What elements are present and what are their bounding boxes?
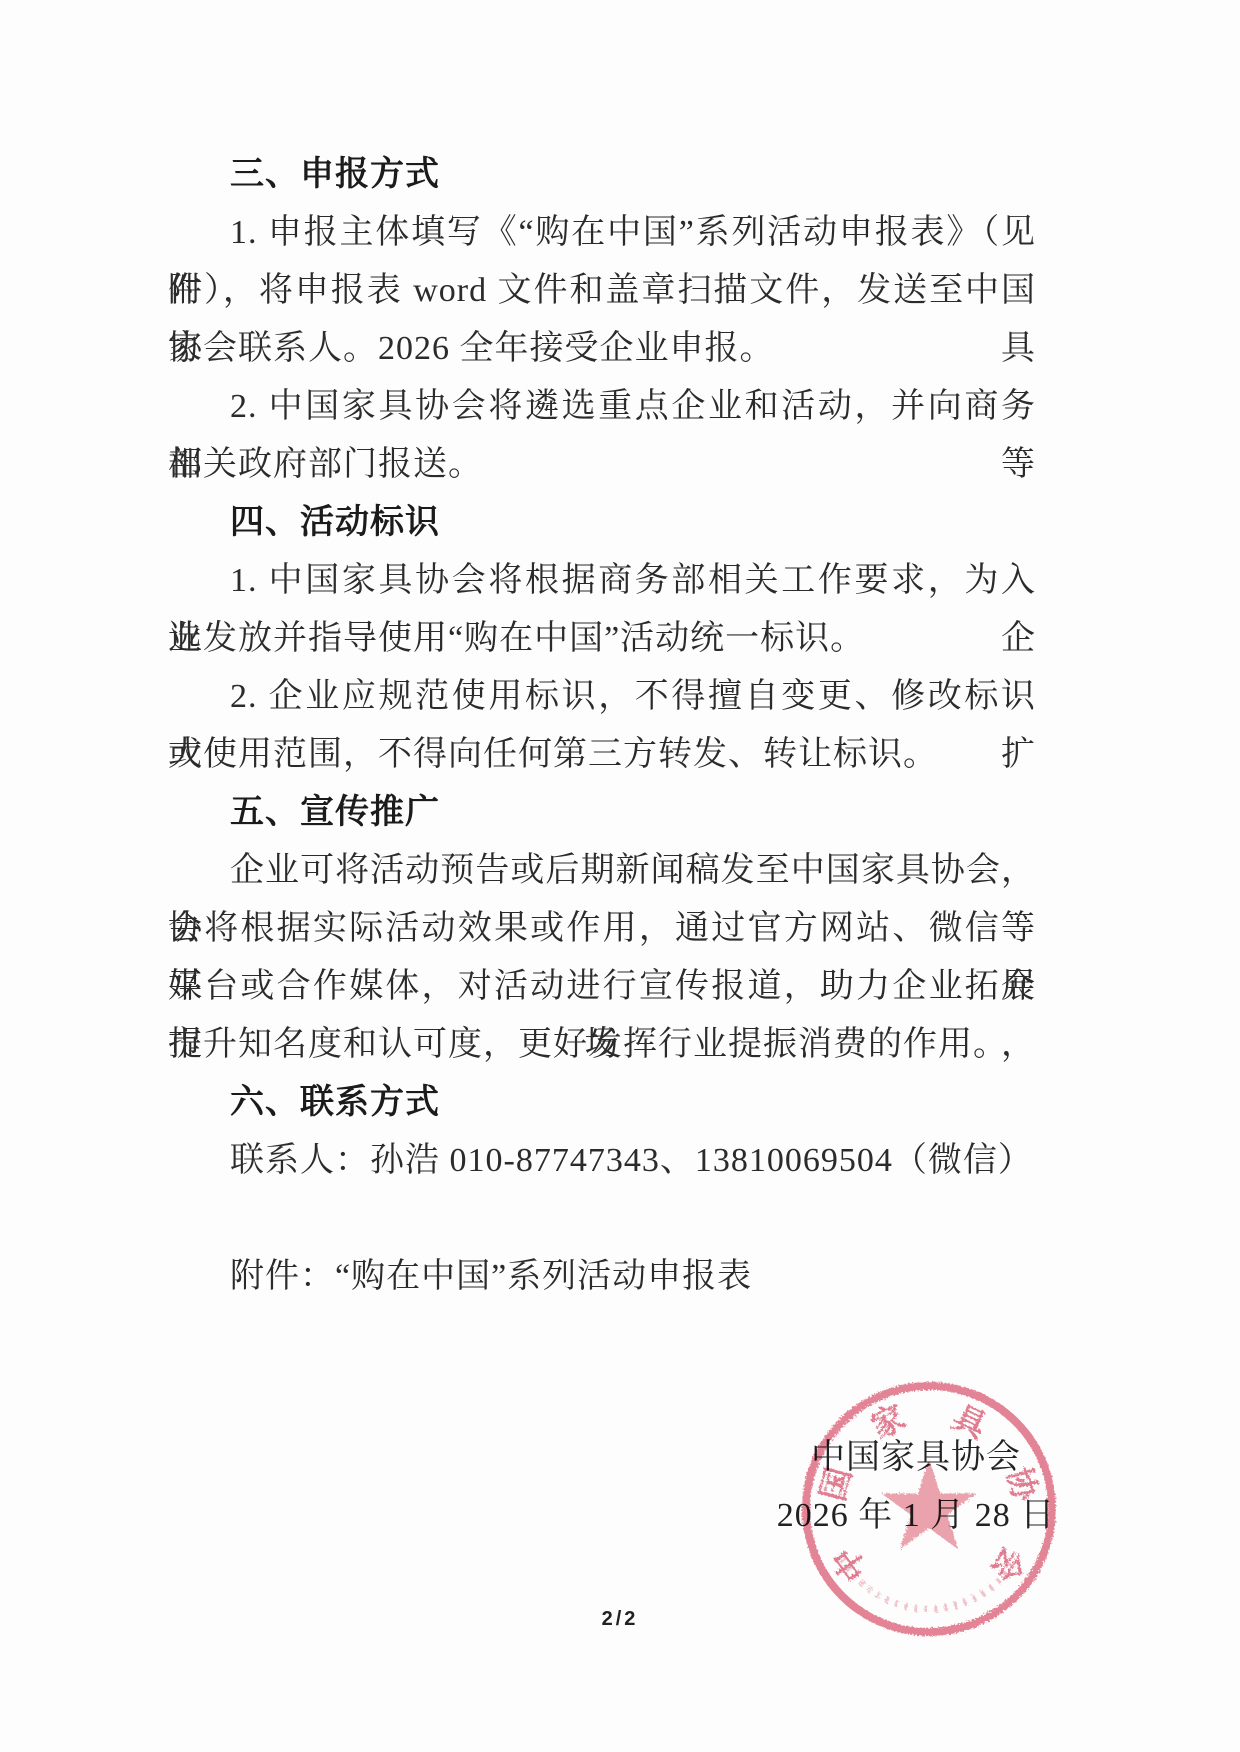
signature-block: 中国家具协会 2026 年 1 月 28 日 — [716, 1429, 1116, 1545]
text-line: 大使用范围，不得向任何第三方转发、转让标识。 — [168, 726, 1036, 784]
text-line: 平台或合作媒体，对活动进行宣传报道，助力企业拓展市场， — [168, 958, 1036, 1016]
text-line: 会将根据实际活动效果或作用，通过官方网站、微信等媒介 — [168, 900, 1036, 958]
section-heading-6: 六、联系方式 — [168, 1074, 1036, 1132]
section-5-paragraph-1: 企业可将活动预告或后期新闻稿发至中国家具协会，协会将根据实际活动效果或作用，通过… — [168, 842, 1036, 1074]
signature-date: 2026 年 1 月 28 日 — [716, 1487, 1116, 1545]
attachment-line: 附件：“购在中国”系列活动申报表 — [168, 1248, 1036, 1306]
text-line: 附件：“购在中国”系列活动申报表 — [168, 1248, 1036, 1306]
scanned-document-page: 三、申报方式 1. 申报主体填写《“购在中国”系列活动申报表》（见附件），将申报… — [0, 0, 1240, 1752]
section-heading-4: 四、活动标识 — [168, 494, 1036, 552]
section-heading-3: 三、申报方式 — [168, 146, 1036, 204]
text-line: 企业可将活动预告或后期新闻稿发至中国家具协会，协 — [168, 842, 1036, 900]
seal-code-marks — [842, 1559, 1015, 1609]
section-heading-5: 五、宣传推广 — [168, 784, 1036, 842]
section-6-paragraph-1: 联系人：孙浩 010-87747343、13810069504（微信） — [168, 1132, 1036, 1190]
seal-character: 中 — [826, 1540, 875, 1588]
document-text: 三、申报方式 1. 申报主体填写《“购在中国”系列活动申报表》（见附件），将申报… — [168, 146, 1036, 1306]
text-line: 件），将申报表 word 文件和盖章扫描文件，发送至中国家具 — [168, 262, 1036, 320]
signature-org: 中国家具协会 — [716, 1429, 1116, 1487]
text-line: 1. 中国家具协会将根据商务部相关工作要求，为入选企 — [168, 552, 1036, 610]
section-4-paragraph-1: 1. 中国家具协会将根据商务部相关工作要求，为入选企业发放并指导使用“购在中国”… — [168, 552, 1036, 668]
text-line: 提升知名度和认可度，更好发挥行业提振消费的作用。 — [168, 1016, 1036, 1074]
section-3-paragraph-1: 1. 申报主体填写《“购在中国”系列活动申报表》（见附件），将申报表 word … — [168, 204, 1036, 378]
text-line: 2. 中国家具协会将遴选重点企业和活动，并向商务部等 — [168, 378, 1036, 436]
blank-line — [168, 1190, 1036, 1248]
text-line: 2. 企业应规范使用标识，不得擅自变更、修改标识或扩 — [168, 668, 1036, 726]
text-line: 联系人：孙浩 010-87747343、13810069504（微信） — [168, 1132, 1036, 1190]
page-number: 2/2 — [0, 1608, 1240, 1631]
section-4-paragraph-2: 2. 企业应规范使用标识，不得擅自变更、修改标识或扩大使用范围，不得向任何第三方… — [168, 668, 1036, 784]
text-line: 1. 申报主体填写《“购在中国”系列活动申报表》（见附 — [168, 204, 1036, 262]
seal-character: 会 — [983, 1540, 1032, 1588]
section-3-paragraph-2: 2. 中国家具协会将遴选重点企业和活动，并向商务部等相关政府部门报送。 — [168, 378, 1036, 494]
